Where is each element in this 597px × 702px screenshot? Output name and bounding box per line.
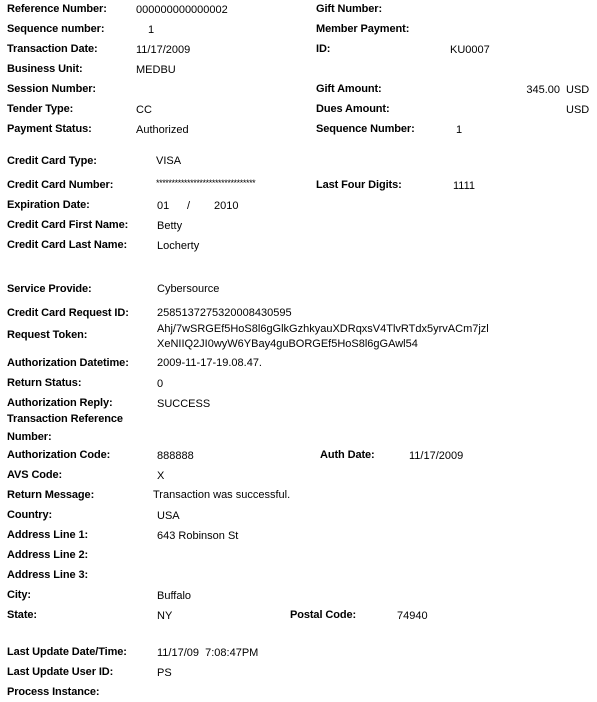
city-label: City: — [7, 589, 31, 601]
service-provider-value: Cybersource — [157, 283, 219, 295]
transaction-ref-label-line1: Transaction Reference — [7, 413, 123, 425]
id-value: KU0007 — [450, 44, 490, 56]
first-name-value: Betty — [157, 220, 182, 232]
session-number-label: Session Number: — [7, 83, 96, 95]
reference-number-label: Reference Number: — [7, 3, 107, 15]
sequence-number-2-label: Sequence Number: — [316, 123, 415, 135]
request-token-line2: XeNIIQ2JI0wyW6YBay4guBORGEf5HoS8l6gGAwl5… — [157, 337, 418, 351]
service-provider-label: Service Provide: — [7, 283, 92, 295]
dues-amount-currency: USD — [566, 104, 589, 116]
dues-amount-label: Dues Amount: — [316, 103, 390, 115]
last-update-label: Last Update Date/Time: — [7, 646, 127, 658]
payment-status-label: Payment Status: — [7, 123, 92, 135]
state-label: State: — [7, 609, 37, 621]
gift-amount-currency: USD — [566, 84, 589, 96]
process-instance-label: Process Instance: — [7, 686, 99, 698]
auth-code-value: 888888 — [157, 450, 194, 462]
country-label: Country: — [7, 509, 52, 521]
auth-datetime-label: Authorization Datetime: — [7, 357, 129, 369]
transaction-date-label: Transaction Date: — [7, 43, 98, 55]
request-token-line1: Ahj/7wSRGEf5HoS8l6gGlkGzhkyauXDRqxsV4Tlv… — [157, 322, 489, 336]
auth-datetime-value: 2009-11-17-19.08.47. — [157, 357, 262, 369]
id-label: ID: — [316, 43, 330, 55]
last-four-value: 1111 — [453, 180, 475, 192]
postal-code-value: 74940 — [397, 610, 428, 622]
user-id-label: Last Update User ID: — [7, 666, 113, 678]
transaction-ref-label-line2: Number: — [7, 431, 52, 443]
gift-amount-label: Gift Amount: — [316, 83, 382, 95]
return-status-value: 0 — [157, 378, 163, 390]
tender-type-label: Tender Type: — [7, 103, 73, 115]
expiration-date-label: Expiration Date: — [7, 199, 90, 211]
user-id-value: PS — [157, 667, 172, 679]
last-name-label: Credit Card Last Name: — [7, 239, 127, 251]
auth-date-value: 11/17/2009 — [409, 450, 463, 462]
auth-reply-label: Authorization Reply: — [7, 397, 113, 409]
state-value: NY — [157, 610, 172, 622]
last-update-value: 11/17/09 7:08:47PM — [157, 647, 258, 659]
sequence-number-value: 1 — [148, 24, 154, 36]
business-unit-label: Business Unit: — [7, 63, 83, 75]
country-value: USA — [157, 510, 180, 522]
gift-number-label: Gift Number: — [316, 3, 382, 15]
reference-number-value: 000000000000002 — [136, 4, 228, 16]
address-line1-label: Address Line 1: — [7, 529, 88, 541]
return-message-value: Transaction was successful. — [153, 489, 290, 501]
address-line1-value: 643 Robinson St — [157, 530, 238, 542]
card-type-label: Credit Card Type: — [7, 155, 97, 167]
expiration-separator: / — [187, 200, 190, 212]
sequence-number-2-value: 1 — [456, 124, 462, 136]
return-message-label: Return Message: — [7, 489, 94, 501]
request-id-label: Credit Card Request ID: — [7, 307, 129, 319]
expiration-year: 2010 — [214, 200, 238, 212]
first-name-label: Credit Card First Name: — [7, 219, 128, 231]
last-four-label: Last Four Digits: — [316, 179, 402, 191]
sequence-number-label: Sequence number: — [7, 23, 104, 35]
member-payment-label: Member Payment: — [316, 23, 409, 35]
card-type-value: VISA — [156, 155, 181, 167]
request-token-label: Request Token: — [7, 329, 87, 341]
auth-date-label: Auth Date: — [320, 449, 375, 461]
card-number-value: ******************************** — [156, 178, 255, 188]
auth-reply-value: SUCCESS — [157, 398, 210, 410]
card-number-label: Credit Card Number: — [7, 179, 113, 191]
avs-code-value: X — [157, 470, 164, 482]
auth-code-label: Authorization Code: — [7, 449, 110, 461]
city-value: Buffalo — [157, 590, 191, 602]
address-line3-label: Address Line 3: — [7, 569, 88, 581]
business-unit-value: MEDBU — [136, 64, 176, 76]
request-id-value: 2585137275320008430595 — [157, 307, 292, 319]
address-line2-label: Address Line 2: — [7, 549, 88, 561]
expiration-month: 01 — [157, 200, 169, 212]
postal-code-label: Postal Code: — [290, 609, 356, 621]
avs-code-label: AVS Code: — [7, 469, 62, 481]
tender-type-value: CC — [136, 104, 152, 116]
payment-status-value: Authorized — [136, 124, 189, 136]
gift-amount-value: 345.00 — [490, 84, 560, 96]
return-status-label: Return Status: — [7, 377, 81, 389]
last-name-value: Locherty — [157, 240, 199, 252]
transaction-date-value: 11/17/2009 — [136, 44, 190, 56]
